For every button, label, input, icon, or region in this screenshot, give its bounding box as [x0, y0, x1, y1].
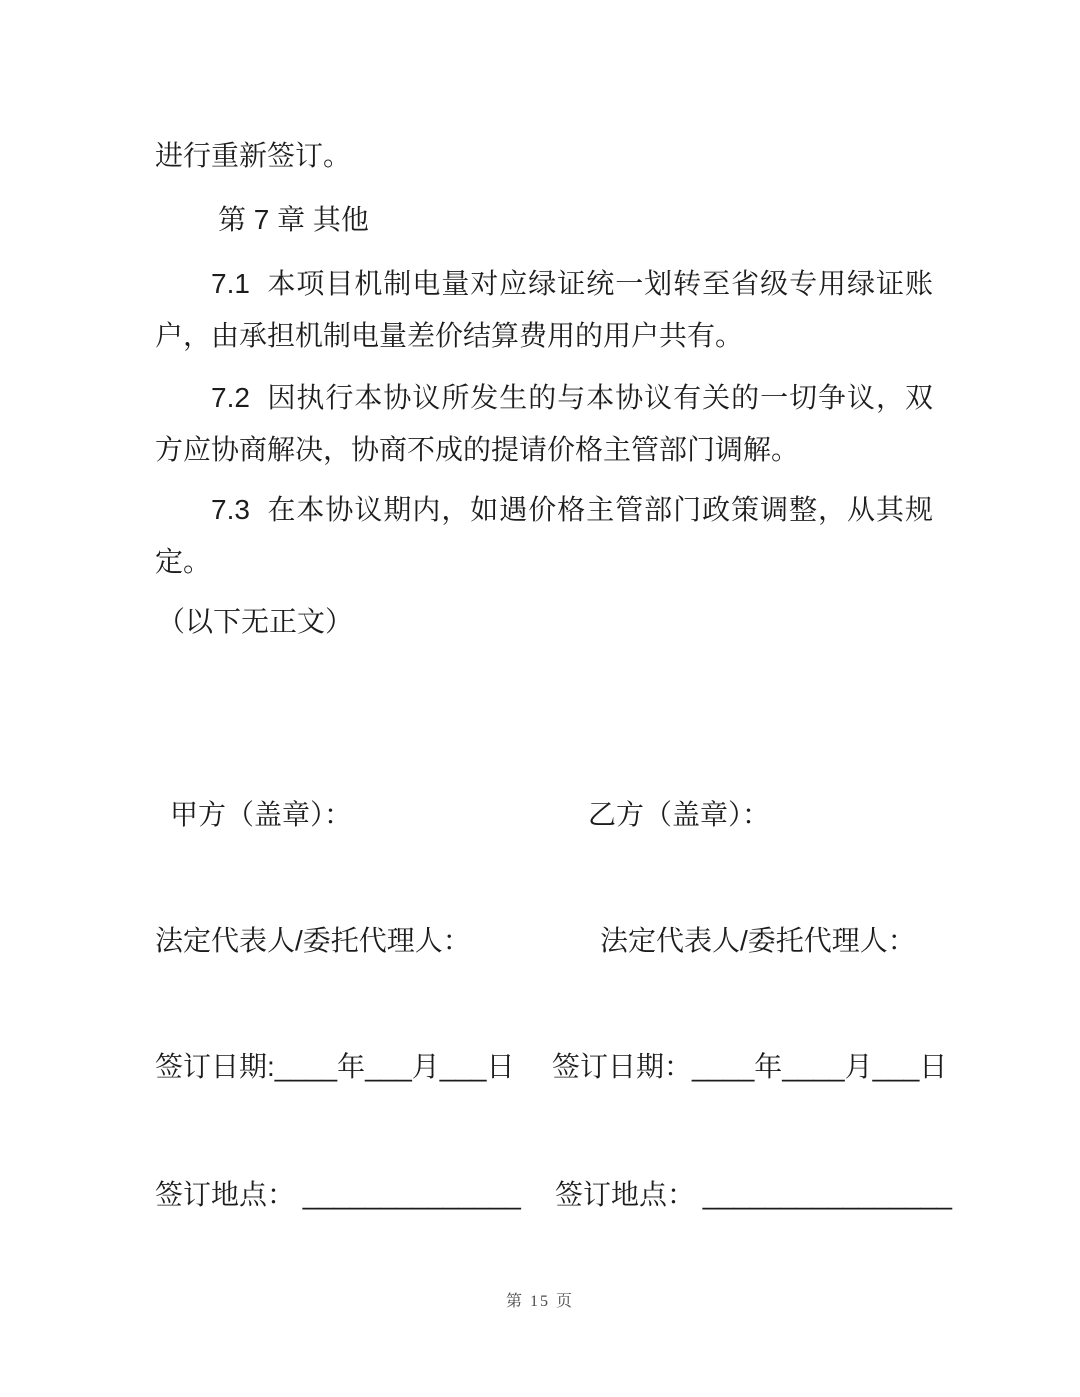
party-b-sign-place-blank: 签订地点： ________________ — [555, 1174, 952, 1216]
party-a-sign-date-blank: 签订日期:____年___月___日 — [155, 1046, 515, 1088]
party-b-seal-label: 乙方（盖章）： — [588, 794, 770, 836]
party-b-legal-rep-label: 法定代表人/委托代理人： — [600, 920, 916, 962]
party-a-seal-label: 甲方（盖章）： — [170, 794, 352, 836]
clause-7-1: 7.1 本项目机制电量对应绿证统一划转至省级专用绿证账户，由承担机制电量差价结算… — [155, 258, 933, 362]
party-a-sign-place-blank: 签订地点： ______________ — [155, 1174, 521, 1216]
paragraph-continuation: 进行重新签订。 — [155, 130, 935, 182]
party-a-legal-rep-label: 法定代表人/委托代理人： — [155, 920, 471, 962]
chapter-7-heading: 第 7 章 其他 — [218, 194, 918, 246]
no-more-text-note: （以下无正文） — [157, 596, 857, 648]
clause-7-2: 7.2 因执行本协议所发生的与本协议有关的一切争议，双方应协商解决，协商不成的提… — [155, 372, 933, 476]
contract-document-page: 进行重新签订。 第 7 章 其他 7.1 本项目机制电量对应绿证统一划转至省级专… — [0, 0, 1080, 1397]
party-b-sign-date-blank: 签订日期：____年____月___日 — [552, 1046, 947, 1088]
clause-7-3: 7.3 在本协议期内，如遇价格主管部门政策调整，从其规定。 — [155, 484, 933, 588]
page-number-footer: 第 15 页 — [0, 1288, 1080, 1311]
